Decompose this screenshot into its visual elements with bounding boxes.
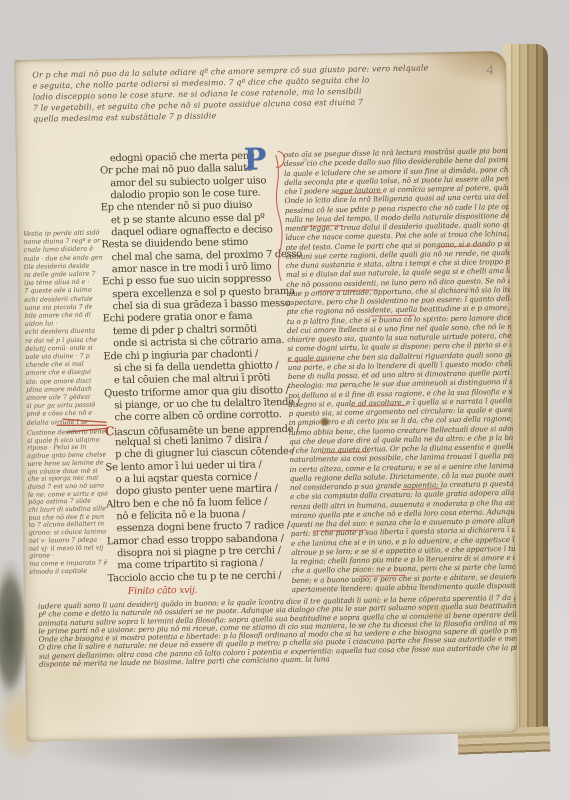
left-marginal-gloss-upper: Vestia ip perde alti sidōnome diuina 7 r… <box>23 228 113 426</box>
ink-spot <box>484 167 490 173</box>
gloss-line: delalta uirtude ī se <box>27 417 113 427</box>
photograph-of-manuscript: 4 Or p che mai nō puo da la salute odiar… <box>0 0 569 800</box>
chapter-rubric: Finito cāto xvij. <box>128 583 304 599</box>
gloss-line: elmodo il capitole <box>29 567 115 576</box>
commentary-column: osto aīa se psegue disse la nrā lectura … <box>284 146 516 594</box>
folio-number: 4 <box>486 63 494 77</box>
left-marginal-gloss-lower: Custione desiderio benesi quale fi sico … <box>27 428 116 576</box>
ink-spot <box>139 528 144 533</box>
top-marginal-gloss: Or p che mai nō puo da la salute odiare … <box>32 62 473 125</box>
manuscript-page: 4 Or p che mai nō puo da la salute odiar… <box>14 51 518 742</box>
ink-spot <box>353 384 359 389</box>
